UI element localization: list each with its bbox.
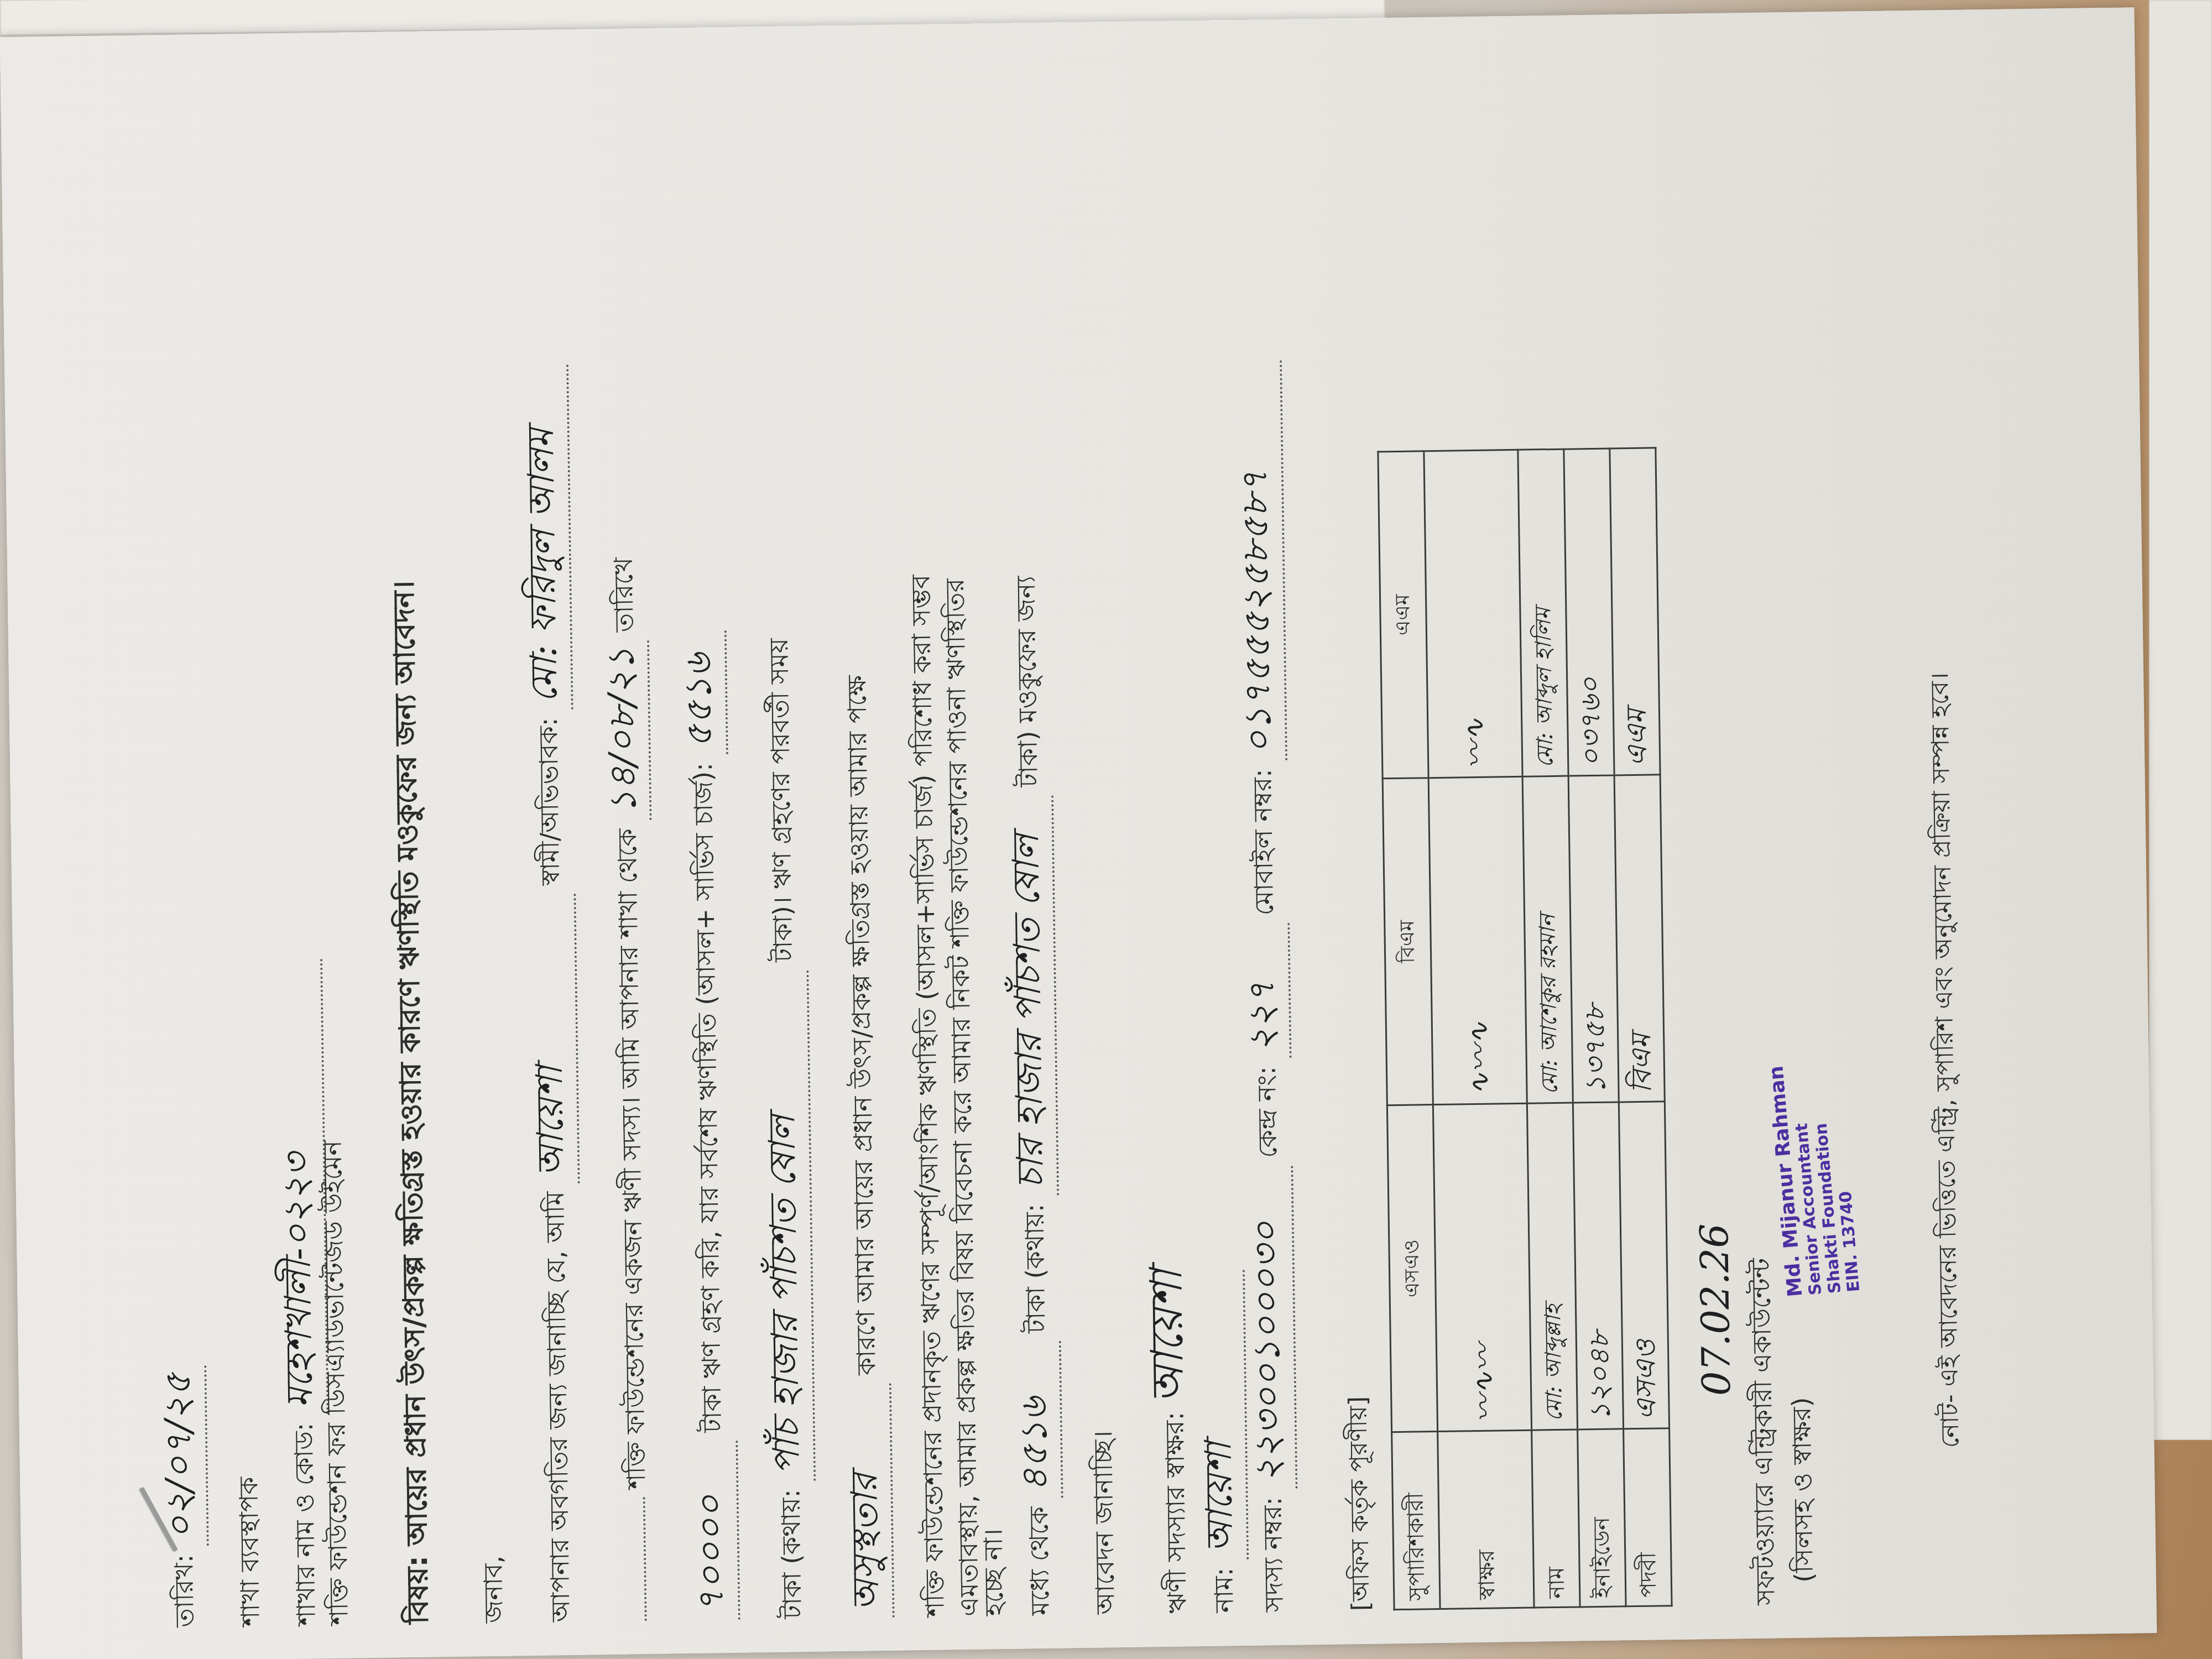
date-label: তারিখ: [169,1554,200,1627]
body-line-5: অসুস্থতার কারণে আমার আয়ের প্রধান উৎস/প্… [821,235,895,1618]
bm-id-cell[interactable]: ১৩৭৫৮ [1568,775,1619,1103]
body-paragraph-2: এমতাবস্থায়, আমার প্রকল্প ক্ষতির বিষয় ব… [932,232,1146,1617]
subject-line: বিষয়: আয়ের প্রধান উৎস/প্রকল্প ক্ষতিগ্র… [383,580,440,1624]
center-number-label: কেন্দ্র নং: [1251,1066,1282,1158]
salutation: জনাব, [474,1555,512,1623]
mobile-number-field[interactable]: ০১৭৫৫৫২৫৮৫৮৭ [1227,360,1287,761]
member-signature[interactable]: আয়েশা [1140,1269,1193,1404]
mobile-number-label: মোবাইল নম্বর: [1247,769,1279,915]
accountant-label: সফটওয়্যারে এন্ট্রিকারী একাউন্টেন্ট [1743,1258,1784,1606]
sao-name-cell[interactable]: মো: আব্দুল্লাহ [1527,1103,1577,1430]
waiver-in-words-field[interactable]: চার হাজার পাঁচশত ষোল [999,795,1060,1196]
accountant-stamp: Md. Mijanur Rahman Senior Accountant Sha… [1765,1060,1864,1298]
am-signature-cell[interactable]: 〰︎∿ [1424,450,1522,778]
accountant-sublabel: (সিলসহ ও স্বাক্ষর) [1783,1397,1822,1583]
loan-amount-field[interactable]: ৭০০০০ [683,1441,740,1620]
waiver-amount-field[interactable]: ৪৫১৬ [1006,1341,1063,1499]
bm-designation-cell[interactable]: বিএম [1614,775,1665,1102]
bm-signature-cell[interactable]: ∿〰︎∿ [1428,776,1527,1104]
outstanding-amount-field[interactable]: ৫৫১৬ [671,630,728,755]
outstanding-in-words-field[interactable]: পাঁচ হাজার পাঁচশত ষোল [753,970,816,1481]
header-recommender: সুপারিশকারী [1392,1432,1440,1610]
member-number-field[interactable]: ২২৩০০১০০০৩০ [1238,1166,1297,1489]
am-designation-cell[interactable]: এএম [1610,448,1660,775]
accountant-signature[interactable]: 07.02.26 [1687,1223,1745,1396]
member-signature-label: ঋণী সদস্যার স্বাক্ষর: [1160,1412,1192,1614]
sao-designation-cell[interactable]: এসএও [1619,1102,1669,1429]
date-value[interactable]: ০২/০৭/২৫ [151,1366,208,1547]
header-am: এএম [1378,451,1428,779]
member-number-label: সদস্য নম্বর: [1258,1497,1289,1613]
body-line-1: আপনার অবগতির জন্য জানাচ্ছি যে, আমি আয়েশ… [512,239,586,1623]
application-form-sheet: তারিখ: ০২/০৭/২৫ শাখা ব্যবস্থাপক শাখার না… [0,7,2157,1659]
office-approval-table: সুপারিশকারী এসএও বিএম এএম স্বাক্ষর 〰︎∿〰︎… [1377,447,1672,1610]
addressee-line-3: শক্তি ফাউন্ডেশন ফর ডিসএ্যাডভান্টেজড উইমে… [314,1140,358,1625]
form-page: তারিখ: ০২/০৭/২৫ শাখা ব্যবস্থাপক শাখার না… [34,75,2101,1629]
office-section-title: [অফিস কর্তৃক পূরণীয়] [1340,1396,1379,1611]
sao-signature-cell[interactable]: 〰︎∿〰︎ [1433,1103,1531,1431]
body-line-3: ৭০০০০ টাকা ঋণ গ্রহণ করি, যার সর্বশেষ ঋণস… [666,237,740,1620]
body-line-4: টাকা (কথায়: পাঁচ হাজার পাঁচশত ষোল টাকা)… [743,236,818,1619]
row-label-designation: পদবী [1624,1428,1672,1606]
loan-date-field[interactable]: ১৪/০৮/২১ [594,640,652,821]
sao-id-cell[interactable]: ১২০৪৮ [1573,1102,1623,1430]
header-bm: বিএম [1383,778,1433,1105]
addressee-line-1: শাখা ব্যবস্থাপক [230,1477,269,1626]
bm-name-cell[interactable]: মো: আশেকুর রহমান [1522,776,1573,1103]
header-sao: এসএও [1387,1105,1437,1432]
branch-label: শাখার নাম ও কোড: [289,1422,321,1626]
footer-note: নোট- এই আবেদনের ভিত্তিতে এন্ট্রি, সুপারি… [1922,672,1968,1448]
center-number-field[interactable]: ২২৭ [1234,923,1291,1058]
body2-line-2: মধ্যে থেকে ৪৫১৬ টাকা (কথায়: চার হাজার প… [990,233,1065,1616]
damage-reason-field[interactable]: অসুস্থতার [837,1383,895,1618]
table-row: স্বাক্ষর 〰︎∿〰︎ ∿〰︎∿ 〰︎∿ [1424,450,1534,1609]
background-paper-right [2149,0,2212,1440]
am-name-cell[interactable]: মো: আব্দুল হালিম [1518,449,1568,776]
applicant-name-field[interactable]: আয়েশা [520,893,580,1183]
row-label-signature: স্বাক্ষর [1438,1430,1534,1609]
body-line-2: শক্তি ফাউন্ডেশনের একজন ঋণী সদস্য। আমি আপ… [589,238,664,1621]
member-name-label: নাম: [1209,1567,1239,1613]
date-line: তারিখ: ০২/০৭/২৫ [151,1366,210,1628]
row-label-name: নাম [1532,1430,1580,1608]
body2-line-3: আবেদন জানাচ্ছি। [1068,232,1124,1615]
row-label-id: ইনাইডেন [1578,1429,1626,1607]
guardian-name-field[interactable]: মো: ফরিদুল আলম [513,364,573,709]
am-id-cell[interactable]: ০৩৭৬০ [1564,448,1614,776]
